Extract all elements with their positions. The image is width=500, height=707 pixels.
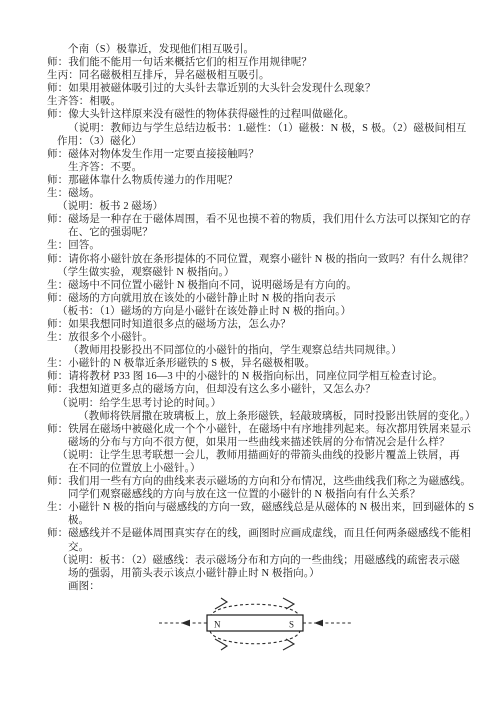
text-line: （说明：给学生思考讨论的时间。）: [47, 397, 457, 410]
text-line: 生齐答：相吸。: [47, 95, 457, 108]
text-line: 在不同的位置放上小磁针。）: [47, 462, 457, 475]
text-line: 师：磁感线并不是磁体周围真实存在的线，画图时应画成虚线，而且任何两条磁感线不能相: [47, 527, 457, 540]
south-pole-label: S: [289, 620, 294, 630]
text-line: 同学们观察磁感线的方向与放在这一位置的小磁针的 N 极指向有什么关系？: [47, 488, 457, 501]
text-line: （说明：板书 2 磁场）: [47, 200, 457, 213]
text-line: （教师用投影投出不同部位的小磁针的指向，学生观察总结共同规律。）: [47, 344, 457, 357]
text-line: 师：如果我想同时知道很多点的磁场方法，怎么办？: [47, 318, 457, 331]
text-line: 极。: [47, 514, 457, 527]
text-line: （说明：让学生思考联想一会儿，教师用描画好的带箭头曲线的投影片覆盖上铁屑，再: [47, 449, 457, 462]
text-line: 交。: [47, 541, 457, 554]
text-line: （教师将铁屑撒在玻璃板上，放上条形磁铁，轻敲玻璃板，同时投影出铁屑的变化。）: [47, 410, 457, 423]
text-line: 师：我们能不能用一句话来概括它们的相互作用规律呢？: [47, 56, 457, 69]
text-line: 师：磁体对物体发生作用一定要直接接触吗？: [47, 148, 457, 161]
diagram-container: N S: [155, 594, 355, 663]
text-line: 师：铁屑在磁场中被磁化成一个个小磁针，在磁场中有序地排列起来。每次都用铁屑来显示: [47, 423, 457, 436]
text-line: （说明：教师边与学生总结边板书：1.磁性：（1）磁极：N 极，S 极。（2）磁极…: [47, 122, 457, 135]
arrowhead-right-icon: [314, 620, 323, 627]
arrowhead-left-icon: [181, 620, 190, 627]
north-pole-label: N: [214, 620, 221, 630]
text-line: 生：磁场中不同位置小磁针 N 极指向不同，说明磁场是有方向的。: [47, 279, 457, 292]
text-line: 生：磁场。: [47, 187, 457, 200]
text-line: 师：磁场的方向就用放在该处的小磁针静止时 N 极的指向表示: [47, 292, 457, 305]
text-line: 生：回答。: [47, 239, 457, 252]
text-line: 生：放很多个小磁针。: [47, 331, 457, 344]
text-line: 在、它的强弱呢？: [47, 226, 457, 239]
text-line: （说明：板书：（2）磁感线：表示磁场分布和方向的一些曲线；用磁感线的疏密表示磁: [47, 554, 457, 567]
text-line: （学生做实验，观察磁针 N 极指向。）: [47, 266, 457, 279]
field-loop-bottom: [210, 631, 300, 644]
text-line: 师：我想知道更多点的磁场方向，但却没有这么多小磁针，又怎么办？: [47, 383, 457, 396]
document-page: 个南（S）极靠近，发现他们相互吸引。师：我们能不能用一句话来概括它们的相互作用规…: [0, 0, 500, 707]
text-line: 师：请将教材 P33 图 16—3 中的小磁针的 N 极指向标出，同座位同学相互…: [47, 370, 457, 383]
text-line: 师：请你将小磁针放在条形提体的不同位置，观察小磁针 N 极的指向一致吗？有什么规…: [47, 253, 457, 266]
text-line: 师：如果用被磁体吸引过的大头针去靠近别的大头针会发现什么现象？: [47, 82, 457, 95]
text-line: 师：像大头针这样原来没有磁性的物体获得磁性的过程叫做磁化。: [47, 108, 457, 121]
text-line: （板书：（1）磁场的方向是小磁针在该处静止时 N 极的指向。）: [47, 305, 457, 318]
text-line: 师：我们用一些有方向的曲线来表示磁场的方向和分布情况，这些曲线我们称之为磁感线。: [47, 475, 457, 488]
text-line: 生齐答：不要。: [47, 161, 457, 174]
text-line: 磁场的分布与方向不很方便，如果用一些曲线来描述铁屑的分布情况会是什么样？: [47, 436, 457, 449]
text-line: 画图：: [47, 580, 457, 593]
text-line: 师：磁场是一种存在于磁体周围，看不见也摸不着的物质，我们用什么方法可以探知它的存: [47, 213, 457, 226]
text-line: 生：小磁针 N 极的指向与磁感线的方向一致，磁感线总是从磁体的 N 极出来，回到…: [47, 501, 457, 514]
text-line: 生：小磁针的 N 极靠近条形磁铁的 S 极，异名磁极相吸。: [47, 357, 457, 370]
bar-magnet-field-diagram: N S: [155, 594, 355, 658]
text-line: 生丙：同名磁极相互排斥，异名磁极相互吸引。: [47, 69, 457, 82]
text-line: 师：那磁体靠什么物质传递力的作用呢？: [47, 174, 457, 187]
document-lines: 个南（S）极靠近，发现他们相互吸引。师：我们能不能用一句话来概括它们的相互作用规…: [47, 43, 457, 593]
text-line: 场的强弱，用箭头表示该点小磁针静止时 N 极指向。）: [47, 567, 457, 580]
text-line: 个南（S）极靠近，发现他们相互吸引。: [47, 43, 457, 56]
text-line: 作用：（3）磁化）: [47, 135, 457, 148]
